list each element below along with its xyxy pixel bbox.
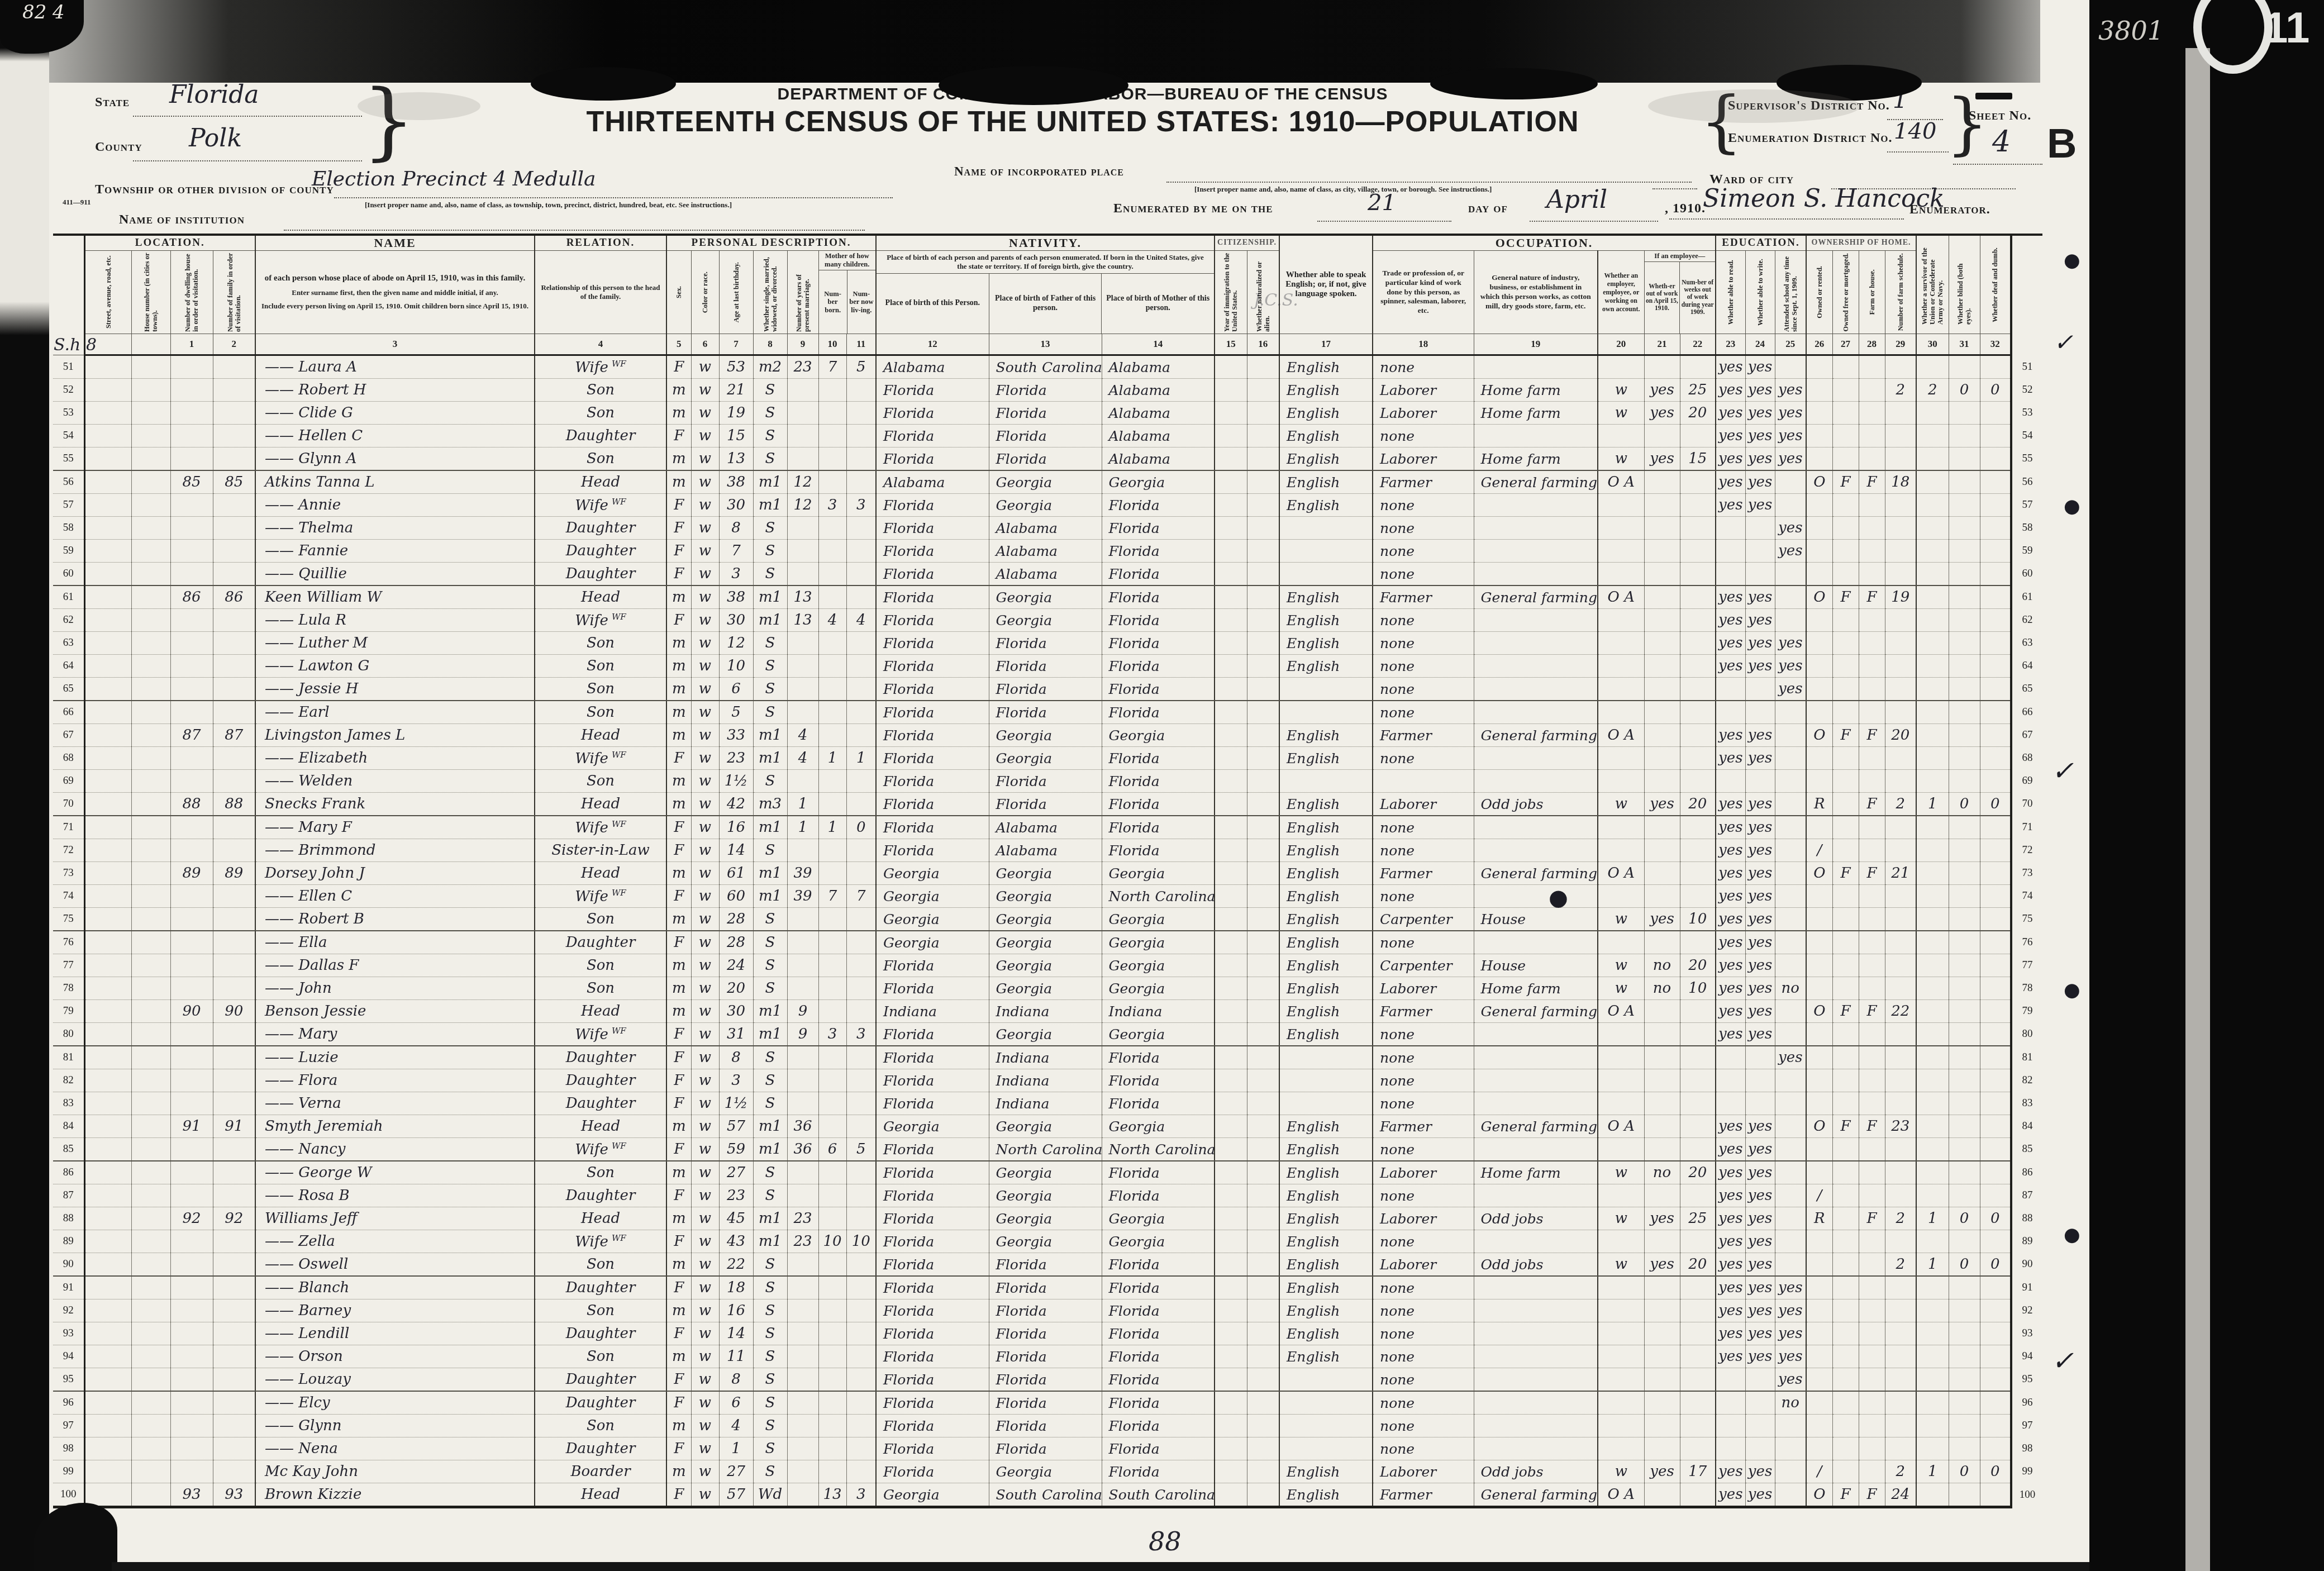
cell-age: 30 [719,609,753,632]
cell-father-birthplace: Florida [989,1368,1102,1392]
cell-out-of-work [1644,1391,1680,1415]
cell-color: w [691,1046,719,1069]
day-of-label: day of [1468,201,1508,216]
cell-children-living [846,563,876,586]
cell-deaf-dumb [1980,931,2011,954]
cell-can-write: yes [1745,1253,1775,1277]
cell-employment-class [1598,1230,1644,1253]
cell-age: 57 [719,1483,753,1507]
cell-farm-schedule: 2 [1885,1207,1916,1230]
cell-color: w [691,793,719,816]
cell-dwelling-number: 85 [170,470,213,494]
cell-farm-schedule [1885,747,1916,770]
form-code: 411—911 [63,198,91,207]
cell-industry [1474,1391,1598,1415]
cell-weeks-out-of-work [1680,1046,1716,1069]
cell-weeks-out-of-work [1680,585,1716,609]
cell-out-of-work [1644,1276,1680,1299]
cell-dwelling-number [170,908,213,931]
cell-years-married [787,1415,818,1437]
cell-dwelling-number [170,494,213,517]
cell-birthplace: Florida [876,540,989,563]
table-row: 57—— AnnieWifeWFFw30m11233FloridaGeorgia… [53,494,2042,517]
corner-scribble: 82 4 [22,1,65,23]
cell-trade: none [1373,540,1474,563]
cell-home-owned-rented [1806,1092,1832,1115]
cell-line-number-right: 89 [2011,1230,2042,1253]
cell-years-married [787,1345,818,1368]
cell-sex: F [666,425,691,448]
cell-immigration-year [1215,1138,1247,1161]
cell-mother-birthplace: Georgia [1102,724,1215,747]
cell-naturalization [1247,655,1279,678]
cell-employment-class: O A [1598,470,1644,494]
cell-line-number: 66 [53,701,84,724]
cell-line-number-right: 86 [2011,1161,2042,1184]
column-number: 23 [1716,334,1745,355]
cell-color: w [691,1161,719,1184]
cell-speaks-english: English [1279,1276,1373,1299]
cell-civil-war-survivor [1916,908,1949,931]
cell-can-write [1745,517,1775,540]
cell-sex: m [666,1299,691,1322]
name-instruction-2: Enter surname first, then the given name… [261,288,528,297]
cell-father-birthplace: Florida [989,1276,1102,1299]
cell-home-owned-rented [1806,816,1832,839]
cell-house-number [131,1483,170,1507]
cell-industry [1474,355,1598,379]
cell-blind [1949,1046,1980,1069]
cell-dwelling-number [170,770,213,793]
cell-father-birthplace: Florida [989,402,1102,425]
cell-street [84,402,131,425]
cell-home-owned-rented [1806,1276,1832,1299]
ink-dot: ● [2064,495,2080,517]
cell-can-write: yes [1745,1483,1775,1507]
cell-farm-or-house [1859,1322,1885,1345]
cell-blind [1949,931,1980,954]
table-row: 80—— MaryWifeWFFw31m1933FloridaGeorgiaGe… [53,1023,2042,1046]
cell-industry: Odd jobs [1474,1460,1598,1483]
cell-years-married: 4 [787,724,818,747]
cell-street [84,425,131,448]
relation-column-instructions: Relationship of this person to the head … [535,251,666,334]
cell-farm-schedule [1885,540,1916,563]
cell-house-number [131,839,170,862]
cell-age: 7 [719,540,753,563]
institution-label: Name of institution [119,212,245,227]
cell-house-number [131,1460,170,1483]
cell-dwelling-number [170,1046,213,1069]
cell-attended-school [1775,1092,1806,1115]
cell-name: Atkins Tanna L [255,470,535,494]
cell-age: 6 [719,1391,753,1415]
cell-naturalization [1247,816,1279,839]
month-line [1530,220,1658,222]
cell-relation: Boarder [535,1460,666,1483]
cell-blind [1949,862,1980,885]
cell-color: w [691,517,719,540]
cell-street [84,747,131,770]
cell-home-free-mortgaged [1832,1437,1859,1460]
cell-birthplace: Florida [876,448,989,471]
cell-line-number-right: 85 [2011,1138,2042,1161]
cell-deaf-dumb [1980,1415,2011,1437]
cell-street [84,678,131,701]
cell-street [84,977,131,1000]
cell-can-write: yes [1745,1115,1775,1138]
cell-age: 20 [719,977,753,1000]
cell-farm-or-house: F [1859,585,1885,609]
cell-out-of-work [1644,425,1680,448]
cell-color: w [691,770,719,793]
cell-can-read: yes [1716,632,1745,655]
column-number: 20 [1598,334,1644,355]
cell-naturalization [1247,609,1279,632]
cell-house-number [131,494,170,517]
cell-deaf-dumb [1980,517,2011,540]
cell-children-living [846,793,876,816]
cell-age: 11 [719,1345,753,1368]
cell-marital-status: S [753,517,787,540]
cell-family-number [213,1253,255,1277]
cell-children-born: 1 [818,747,846,770]
cell-attended-school [1775,839,1806,862]
cell-years-married: 39 [787,885,818,908]
cell-trade: none [1373,885,1474,908]
cell-mother-birthplace: Florida [1102,1253,1215,1277]
cell-can-read [1716,701,1745,724]
cell-can-write: yes [1745,1460,1775,1483]
cell-house-number [131,448,170,471]
cell-marital-status: S [753,908,787,931]
cell-employment-class [1598,816,1644,839]
cell-street [84,1253,131,1277]
cell-farm-or-house [1859,1437,1885,1460]
cell-father-birthplace: Florida [989,793,1102,816]
cell-immigration-year [1215,954,1247,977]
cell-home-free-mortgaged [1832,1184,1859,1207]
cell-line-number: 78 [53,977,84,1000]
cell-children-born [818,954,846,977]
bottom-page-number: 88 [1149,1526,1182,1556]
cell-farm-or-house [1859,563,1885,586]
cell-weeks-out-of-work [1680,609,1716,632]
table-row: 1009393Brown KizzieHeadFw57Wd133GeorgiaS… [53,1483,2042,1507]
cell-can-read: yes [1716,954,1745,977]
cell-farm-or-house [1859,540,1885,563]
cell-dwelling-number [170,355,213,379]
cell-relation: Son [535,908,666,931]
cell-out-of-work: no [1644,1161,1680,1184]
cell-civil-war-survivor [1916,655,1949,678]
cell-home-owned-rented [1806,563,1832,586]
cell-trade: none [1373,494,1474,517]
cell-father-birthplace: Florida [989,1437,1102,1460]
cell-house-number [131,1322,170,1345]
cell-out-of-work: no [1644,954,1680,977]
cell-line-number-right: 100 [2011,1483,2042,1507]
cell-street [84,1276,131,1299]
cell-line-number: 86 [53,1161,84,1184]
cell-attended-school [1775,1138,1806,1161]
cell-naturalization [1247,1391,1279,1415]
cell-children-born [818,1253,846,1277]
cell-age: 27 [719,1460,753,1483]
cell-civil-war-survivor [1916,402,1949,425]
cell-line-number-right: 70 [2011,793,2042,816]
cell-immigration-year [1215,517,1247,540]
cell-father-birthplace: North Carolina [989,1138,1102,1161]
citizenship-group-title: CITIZENSHIP. [1215,235,1279,251]
cell-immigration-year [1215,839,1247,862]
cell-can-read [1716,1415,1745,1437]
cell-marital-status: S [753,678,787,701]
cell-line-number-right: 83 [2011,1092,2042,1115]
check-mark: ✓ [2051,755,2074,787]
cell-farm-or-house [1859,678,1885,701]
cell-out-of-work [1644,1069,1680,1092]
cell-line-number-right: 58 [2011,517,2042,540]
cell-can-read: yes [1716,931,1745,954]
paper-smudge [1648,89,1860,123]
cell-farm-schedule [1885,1046,1916,1069]
cell-children-living [846,770,876,793]
cell-years-married [787,1161,818,1184]
cell-naturalization [1247,1368,1279,1392]
cell-street [84,724,131,747]
census-table-body: 51—— Laura AWifeWFFw53m22375AlabamaSouth… [53,355,2042,1507]
cell-years-married: 9 [787,1023,818,1046]
cell-blind [1949,885,1980,908]
cell-home-free-mortgaged [1832,448,1859,471]
cell-deaf-dumb [1980,632,2011,655]
cell-street [84,494,131,517]
cell-sex: m [666,1207,691,1230]
cell-family-number [213,885,255,908]
cell-age: 24 [719,954,753,977]
cell-civil-war-survivor [1916,632,1949,655]
cell-relation: Son [535,1415,666,1437]
cell-sex: F [666,747,691,770]
column-number: 11 [846,334,876,355]
cell-immigration-year [1215,1322,1247,1345]
cell-mother-birthplace: Florida [1102,494,1215,517]
table-row: 65—— Jessie HSonmw6SFloridaFloridaFlorid… [53,678,2042,701]
cell-relation: Head [535,470,666,494]
cell-years-married: 36 [787,1138,818,1161]
cell-farm-schedule [1885,885,1916,908]
cell-father-birthplace: Georgia [989,585,1102,609]
cell-years-married: 12 [787,494,818,517]
table-row: 68—— ElizabethWifeWFFw23m1411FloridaGeor… [53,747,2042,770]
cell-birthplace: Florida [876,425,989,448]
cell-marital-status: S [753,1460,787,1483]
cell-name: Keen William W [255,585,535,609]
cell-industry [1474,747,1598,770]
cell-father-birthplace: Georgia [989,954,1102,977]
table-row: 76—— EllaDaughterFw28SGeorgiaGeorgiaGeor… [53,931,2042,954]
cell-relation: Daughter [535,1322,666,1345]
cell-home-free-mortgaged [1832,1253,1859,1277]
cell-mother-birthplace: Alabama [1102,402,1215,425]
cell-marital-status: S [753,379,787,402]
table-row: 97—— GlynnSonmw4SFloridaFloridaFloridano… [53,1415,2042,1437]
cell-speaks-english [1279,1069,1373,1092]
cell-deaf-dumb [1980,585,2011,609]
cell-employment-class [1598,655,1644,678]
cell-name: —— Thelma [255,517,535,540]
cell-attended-school [1775,816,1806,839]
cell-industry [1474,632,1598,655]
cell-children-living [846,1253,876,1277]
cell-mother-birthplace: Florida [1102,1391,1215,1415]
name-column-instructions: of each person whose place of abode on A… [255,251,535,334]
cell-speaks-english: English [1279,402,1373,425]
cell-father-birthplace: Florida [989,678,1102,701]
cell-naturalization [1247,470,1279,494]
cell-home-owned-rented [1806,954,1832,977]
cell-home-owned-rented [1806,632,1832,655]
table-row: 87—— Rosa BDaughterFw23SFloridaGeorgiaFl… [53,1184,2042,1207]
cell-name: —— Orson [255,1345,535,1368]
cell-employment-class [1598,701,1644,724]
cell-weeks-out-of-work [1680,563,1716,586]
cell-street [84,1322,131,1345]
cell-trade: Laborer [1373,1253,1474,1277]
cell-children-born [818,1391,846,1415]
cell-relation: Son [535,701,666,724]
cell-industry: Home farm [1474,448,1598,471]
cell-marital-status: S [753,931,787,954]
enumerator-label: Enumerator. [1909,202,1990,217]
cell-weeks-out-of-work [1680,1345,1716,1368]
table-row: 52—— Robert HSonmw21SFloridaFloridaAlaba… [53,379,2042,402]
sheet-value: 4 [1992,125,2011,159]
cell-deaf-dumb [1980,425,2011,448]
relation-group-title: RELATION. [535,235,666,251]
cell-speaks-english: English [1279,862,1373,885]
cell-mother-birthplace: Florida [1102,563,1215,586]
cell-children-living [846,701,876,724]
cell-weeks-out-of-work [1680,1483,1716,1507]
cell-can-read: yes [1716,1000,1745,1023]
cell-weeks-out-of-work [1680,655,1716,678]
cell-line-number: 70 [53,793,84,816]
cell-industry [1474,1437,1598,1460]
table-row: 54—— Hellen CDaughterFw15SFloridaFlorida… [53,425,2042,448]
cell-farm-schedule [1885,355,1916,379]
cell-line-number: 56 [53,470,84,494]
cell-deaf-dumb [1980,563,2011,586]
cell-can-read [1716,1437,1745,1460]
cell-farm-schedule [1885,770,1916,793]
cell-farm-schedule [1885,448,1916,471]
cell-line-number: 72 [53,839,84,862]
cell-line-number: 57 [53,494,84,517]
cell-street [84,1000,131,1023]
cell-can-read [1716,678,1745,701]
cell-out-of-work [1644,816,1680,839]
cell-civil-war-survivor [1916,517,1949,540]
cell-farm-or-house [1859,1391,1885,1415]
cell-can-read: yes [1716,609,1745,632]
cell-street [84,839,131,862]
cell-line-number-right: 62 [2011,609,2042,632]
cell-street [84,954,131,977]
cell-relation: Son [535,678,666,701]
cell-father-birthplace: Georgia [989,470,1102,494]
cell-birthplace: Florida [876,655,989,678]
cell-dwelling-number [170,1138,213,1161]
cell-name: Williams Jeff [255,1207,535,1230]
column-number: 1 [170,334,213,355]
cell-can-read: yes [1716,1253,1745,1277]
cell-father-birthplace: Georgia [989,885,1102,908]
cell-weeks-out-of-work: 15 [1680,448,1716,471]
cell-farm-schedule [1885,701,1916,724]
cell-sex: F [666,839,691,862]
cell-color: w [691,724,719,747]
cell-farm-schedule: 18 [1885,470,1916,494]
column-number [131,334,170,355]
cell-home-free-mortgaged [1832,954,1859,977]
ink-dot: ● [2064,249,2080,272]
cell-weeks-out-of-work [1680,1322,1716,1345]
cell-children-born [818,632,846,655]
cell-deaf-dumb [1980,1138,2011,1161]
cell-years-married: 39 [787,862,818,885]
cell-home-free-mortgaged [1832,931,1859,954]
cell-family-number [213,770,255,793]
cell-sex: m [666,655,691,678]
cell-can-write: yes [1745,655,1775,678]
cell-mother-birthplace: Georgia [1102,862,1215,885]
ink-dot: ● [1549,885,1568,911]
cell-mother-birthplace: Florida [1102,839,1215,862]
cell-family-number [213,839,255,862]
cell-name: —— Fannie [255,540,535,563]
cell-dwelling-number [170,632,213,655]
cell-employment-class [1598,425,1644,448]
cell-can-read: yes [1716,1161,1745,1184]
cell-employment-class: O A [1598,1115,1644,1138]
cell-industry [1474,678,1598,701]
cell-civil-war-survivor [1916,770,1949,793]
cell-house-number [131,1299,170,1322]
cell-name: —— Hellen C [255,425,535,448]
cell-family-number [213,540,255,563]
cell-farm-schedule [1885,1322,1916,1345]
cell-naturalization [1247,1207,1279,1230]
cell-children-living [846,839,876,862]
cell-farm-schedule [1885,977,1916,1000]
cell-name: —— Verna [255,1092,535,1115]
cell-birthplace: Florida [876,1276,989,1299]
cell-attended-school [1775,954,1806,977]
cell-blind [1949,1115,1980,1138]
cell-children-living [846,585,876,609]
cell-deaf-dumb [1980,1437,2011,1460]
cell-naturalization [1247,1023,1279,1046]
cell-farm-or-house [1859,1345,1885,1368]
cell-home-owned-rented: O [1806,862,1832,885]
cell-blind [1949,678,1980,701]
cell-line-number-right: 93 [2011,1322,2042,1345]
cell-naturalization [1247,540,1279,563]
cell-mother-birthplace: Florida [1102,1276,1215,1299]
owned-rented-column-header: Owned or rented. [1806,251,1832,334]
